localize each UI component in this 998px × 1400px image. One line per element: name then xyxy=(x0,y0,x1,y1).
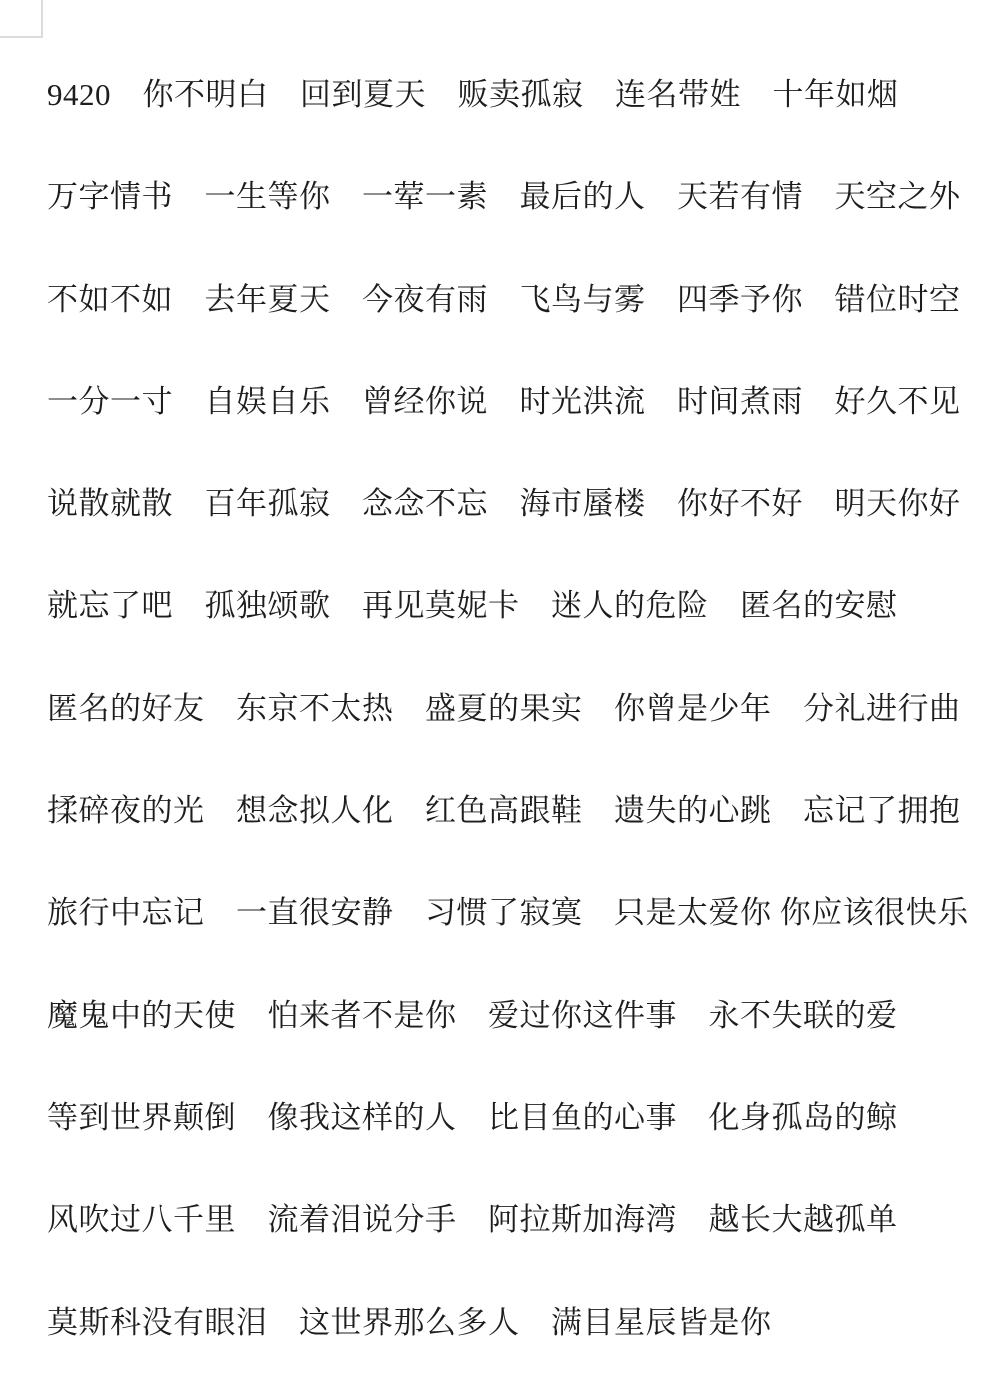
song-title: 满目星辰皆是你 xyxy=(551,1305,772,1340)
song-row: 一分一寸 自娱自乐 曾经你说 时光洪流 时间煮雨 好久不见 xyxy=(47,351,998,453)
song-title: 化身孤岛的鲸 xyxy=(709,1100,898,1135)
song-title: 揉碎夜的光 xyxy=(47,793,205,828)
song-title: 再见莫妮卡 xyxy=(362,588,520,623)
song-title: 孤独颂歌 xyxy=(205,588,331,623)
song-title: 最后的人 xyxy=(520,179,646,214)
song-title: 旅行中忘记 xyxy=(47,895,205,930)
song-title: 去年夏天 xyxy=(205,282,331,317)
song-title: 百年孤寂 xyxy=(205,486,331,521)
song-title: 自娱自乐 xyxy=(205,384,331,419)
song-title: 海市蜃楼 xyxy=(520,486,646,521)
song-title: 天若有情 xyxy=(677,179,803,214)
song-title: 流着泪说分手 xyxy=(268,1202,457,1237)
song-title: 回到夏天 xyxy=(300,77,426,112)
song-title: 你好不好 xyxy=(677,486,803,521)
song-row: 不如不如 去年夏天 今夜有雨 飞鸟与雾 四季予你 错位时空 xyxy=(47,249,998,351)
song-row: 说散就散 百年孤寂 念念不忘 海市蜃楼 你好不好 明天你好 xyxy=(47,453,998,555)
song-row: 风吹过八千里 流着泪说分手 阿拉斯加海湾 越长大越孤单 xyxy=(47,1169,998,1271)
song-title: 时间煮雨 xyxy=(677,384,803,419)
song-title: 匿名的好友 xyxy=(47,691,205,726)
song-title: 东京不太热 xyxy=(236,691,394,726)
song-title: 念念不忘 xyxy=(362,486,488,521)
song-title: 好久不见 xyxy=(835,384,961,419)
song-title: 9420 xyxy=(47,77,111,112)
song-title: 天空之外 xyxy=(835,179,961,214)
document-page: 9420 你不明白 回到夏天 贩卖孤寂 连名带姓 十年如烟万字情书 一生等你 一… xyxy=(0,0,998,1400)
song-title: 万字情书 xyxy=(47,179,173,214)
song-row: 就忘了吧 孤独颂歌 再见莫妮卡 迷人的危险 匿名的安慰 xyxy=(47,555,998,657)
song-row: 莫斯科没有眼泪 这世界那么多人 满目星辰皆是你 xyxy=(47,1272,998,1374)
song-title: 遗失的心跳 xyxy=(614,793,772,828)
song-title: 越长大越孤单 xyxy=(709,1202,898,1237)
song-list: 9420 你不明白 回到夏天 贩卖孤寂 连名带姓 十年如烟万字情书 一生等你 一… xyxy=(47,44,998,1374)
song-title: 你曾是少年 xyxy=(614,691,772,726)
song-title: 你不明白 xyxy=(143,77,269,112)
song-title: 匿名的安慰 xyxy=(740,588,898,623)
song-title: 只是太爱你 xyxy=(614,895,772,930)
song-title: 明天你好 xyxy=(835,486,961,521)
song-title: 红色高跟鞋 xyxy=(425,793,583,828)
corner-panel xyxy=(0,0,43,38)
song-title: 不如不如 xyxy=(47,282,173,317)
song-title: 你应该很快乐 xyxy=(780,895,969,930)
song-title: 风吹过八千里 xyxy=(47,1202,236,1237)
song-title: 习惯了寂寞 xyxy=(425,895,583,930)
song-row: 9420 你不明白 回到夏天 贩卖孤寂 连名带姓 十年如烟 xyxy=(47,44,998,146)
song-row: 万字情书 一生等你 一荤一素 最后的人 天若有情 天空之外 xyxy=(47,146,998,248)
song-title: 一直很安静 xyxy=(236,895,394,930)
song-row: 匿名的好友 东京不太热 盛夏的果实 你曾是少年 分礼进行曲 xyxy=(47,658,998,760)
song-title: 阿拉斯加海湾 xyxy=(488,1202,677,1237)
song-title: 一分一寸 xyxy=(47,384,173,419)
song-row: 等到世界颠倒 像我这样的人 比目鱼的心事 化身孤岛的鲸 xyxy=(47,1067,998,1169)
song-title: 像我这样的人 xyxy=(268,1100,457,1135)
song-title: 错位时空 xyxy=(835,282,961,317)
song-title: 今夜有雨 xyxy=(362,282,488,317)
song-title: 十年如烟 xyxy=(773,77,899,112)
song-title: 永不失联的爱 xyxy=(709,998,898,1033)
song-title: 曾经你说 xyxy=(362,384,488,419)
song-title: 等到世界颠倒 xyxy=(47,1100,236,1135)
song-title: 四季予你 xyxy=(677,282,803,317)
song-title: 爱过你这件事 xyxy=(488,998,677,1033)
song-title: 连名带姓 xyxy=(615,77,741,112)
song-title: 分礼进行曲 xyxy=(803,691,961,726)
song-title: 盛夏的果实 xyxy=(425,691,583,726)
song-title: 比目鱼的心事 xyxy=(488,1100,677,1135)
song-title: 迷人的危险 xyxy=(551,588,709,623)
song-title: 贩卖孤寂 xyxy=(458,77,584,112)
song-title: 时光洪流 xyxy=(520,384,646,419)
song-title: 一生等你 xyxy=(205,179,331,214)
song-row: 旅行中忘记 一直很安静 习惯了寂寞 只是太爱你 你应该很快乐 xyxy=(47,862,998,964)
song-row: 揉碎夜的光 想念拟人化 红色高跟鞋 遗失的心跳 忘记了拥抱 xyxy=(47,760,998,862)
song-title: 魔鬼中的天使 xyxy=(47,998,236,1033)
song-row: 魔鬼中的天使 怕来者不是你 爱过你这件事 永不失联的爱 xyxy=(47,965,998,1067)
song-title: 想念拟人化 xyxy=(236,793,394,828)
song-title: 这世界那么多人 xyxy=(299,1305,520,1340)
song-title: 就忘了吧 xyxy=(47,588,173,623)
song-title: 一荤一素 xyxy=(362,179,488,214)
song-title: 莫斯科没有眼泪 xyxy=(47,1305,268,1340)
song-title: 忘记了拥抱 xyxy=(803,793,961,828)
song-title: 飞鸟与雾 xyxy=(520,282,646,317)
song-title: 说散就散 xyxy=(47,486,173,521)
song-title: 怕来者不是你 xyxy=(268,998,457,1033)
